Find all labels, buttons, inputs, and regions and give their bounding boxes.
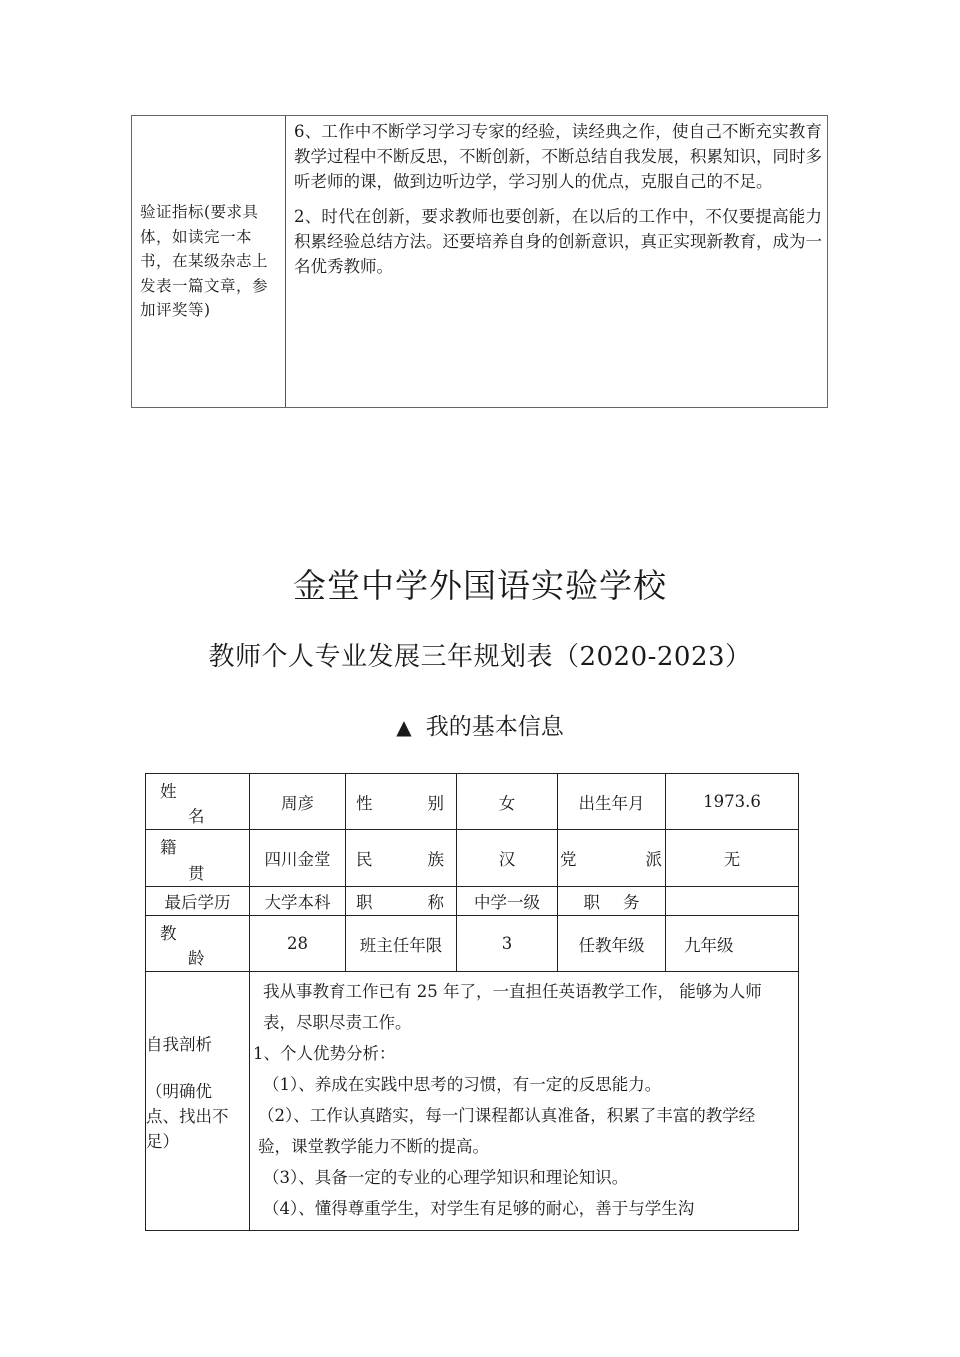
label-char: 性 <box>356 790 373 814</box>
table-row: 籍 贯 四川金堂 民族 汉 党派 无 <box>146 830 799 887</box>
head-teacher-value: 3 <box>457 916 558 972</box>
post-label: 职务 <box>558 887 666 916</box>
head-teacher-label: 班主任年限 <box>346 916 457 972</box>
label-char: 籍 <box>160 834 177 858</box>
party-label: 党派 <box>558 830 666 887</box>
label-char: 派 <box>646 846 663 870</box>
gender-value: 女 <box>457 774 558 830</box>
teach-age-label-cell: 教 龄 <box>146 916 250 972</box>
column-divider <box>285 116 286 407</box>
self-analysis-content: 我从事教育工作已有 25 年了，一直担任英语教学工作， 能够为人师表，尽职尽责工… <box>250 972 799 1231</box>
teach-age-value: 28 <box>250 916 346 972</box>
party-value: 无 <box>666 830 799 887</box>
school-title: 金堂中学外国语实验学校 <box>0 560 960 607</box>
label-char: 称 <box>428 889 445 913</box>
label-line: （明确优 <box>146 1079 249 1104</box>
native-value: 四川金堂 <box>250 830 346 887</box>
plan-title: 教师个人专业发展三年规划表（2020-2023） <box>0 636 960 673</box>
table-row: 姓 名 周彦 性别 女 出生年月 1973.6 <box>146 774 799 830</box>
grade-value: 九年级 <box>666 916 799 972</box>
label-char: 族 <box>428 846 445 870</box>
label-char: 姓 <box>160 778 177 802</box>
birth-label: 出生年月 <box>558 774 666 830</box>
label-char: 贯 <box>188 860 205 884</box>
label-line: 书，在某级杂志上 <box>140 249 280 274</box>
verification-label: 验证指标(要求具 体，如读完一本 书，在某级杂志上 发表一篇文章，参 加评奖等) <box>140 200 280 323</box>
name-value: 周彦 <box>250 774 346 830</box>
paragraph: 2、时代在创新，要求教师也要创新，在以后的工作中，不仅要提高能力积累经验总结方法… <box>294 204 822 279</box>
section-title: 我的基本信息 <box>426 714 564 740</box>
label-char: 龄 <box>188 945 205 969</box>
label-text: 自我剖析 <box>146 1032 249 1057</box>
basic-info-table: 姓 名 周彦 性别 女 出生年月 1973.6 籍 贯 四川金堂 民族 汉 党派… <box>145 773 799 1231</box>
triangle-icon: ▲ <box>396 715 411 739</box>
post-value <box>666 887 799 916</box>
grade-label: 任教年级 <box>558 916 666 972</box>
education-label: 最后学历 <box>146 887 250 916</box>
self-analysis-label: 自我剖析 （明确优 点、找出不 足） <box>146 972 250 1231</box>
table-row: 自我剖析 （明确优 点、找出不 足） 我从事教育工作已有 25 年了，一直担任英… <box>146 972 799 1231</box>
label-char: 职 <box>356 889 373 913</box>
paragraph: （4）、懂得尊重学生，对学生有足够的耐心，善于与学生沟 <box>253 1193 788 1224</box>
title-label: 职称 <box>346 887 457 916</box>
label-char: 职 <box>584 889 601 913</box>
label-line: 加评奖等) <box>140 298 280 323</box>
label-line: 点、找出不 <box>146 1104 249 1129</box>
paragraph: 我从事教育工作已有 25 年了，一直担任英语教学工作， 能够为人师表，尽职尽责工… <box>253 976 788 1038</box>
label-char: 务 <box>623 889 640 913</box>
gender-label: 性别 <box>346 774 457 830</box>
paragraph: （1）、养成在实践中思考的习惯，有一定的反思能力。 <box>253 1069 788 1100</box>
label-char: 名 <box>188 803 205 827</box>
label-char: 教 <box>160 920 177 944</box>
native-label-cell: 籍 贯 <box>146 830 250 887</box>
paragraph: （3）、具备一定的专业的心理学知识和理论知识。 <box>253 1162 788 1193</box>
paragraph: 6、工作中不断学习学习专家的经验，读经典之作，使自己不断充实教育教学过程中不断反… <box>294 119 822 194</box>
paragraph: 1、个人优势分析： <box>253 1038 788 1069</box>
table-row: 最后学历 大学本科 职称 中学一级 职务 <box>146 887 799 916</box>
education-value: 大学本科 <box>250 887 346 916</box>
section-heading: ▲我的基本信息 <box>0 708 960 741</box>
table-row: 教 龄 28 班主任年限 3 任教年级 九年级 <box>146 916 799 972</box>
name-label-cell: 姓 名 <box>146 774 250 830</box>
ethnic-value: 汉 <box>457 830 558 887</box>
label-line: 验证指标(要求具 <box>140 200 280 225</box>
label-char: 民 <box>356 846 373 870</box>
verification-table: 验证指标(要求具 体，如读完一本 书，在某级杂志上 发表一篇文章，参 加评奖等)… <box>131 115 828 408</box>
paragraph: （2）、工作认真踏实，每一门课程都认真准备，积累了丰富的教学经验，课堂教学能力不… <box>253 1100 788 1162</box>
label-line: 发表一篇文章，参 <box>140 274 280 299</box>
title-value: 中学一级 <box>457 887 558 916</box>
label-line: 足） <box>146 1129 249 1154</box>
label-line: 体，如读完一本 <box>140 225 280 250</box>
label-char: 别 <box>428 790 445 814</box>
ethnic-label: 民族 <box>346 830 457 887</box>
label-char: 党 <box>560 846 577 870</box>
birth-value: 1973.6 <box>666 774 799 830</box>
verification-content: 6、工作中不断学习学习专家的经验，读经典之作，使自己不断充实教育教学过程中不断反… <box>294 119 822 289</box>
